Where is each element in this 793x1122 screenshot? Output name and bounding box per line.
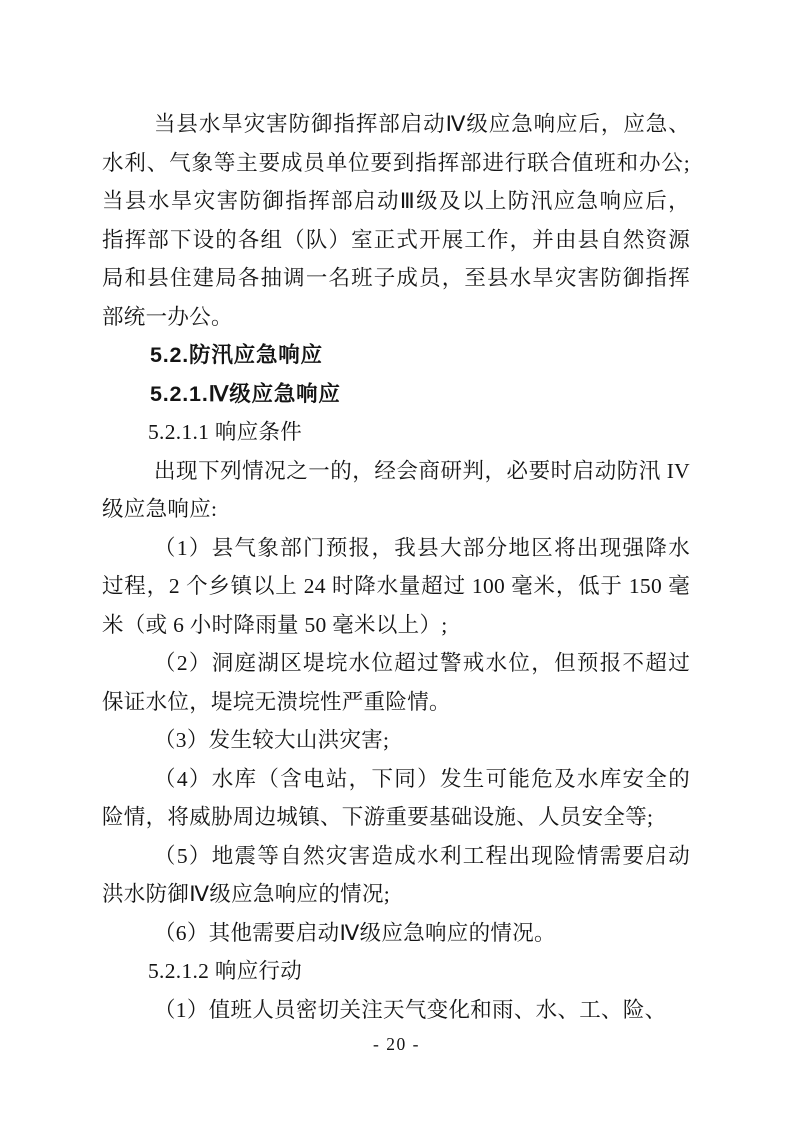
list-item-line: 过程，2 个乡镇以上 24 时降水量超过 100 毫米，低于 150 毫 bbox=[102, 567, 690, 606]
paragraph-line: 水利、气象等主要成员单位要到指挥部进行联合值班和办公; bbox=[102, 144, 690, 183]
list-item-line: （3）发生较大山洪灾害; bbox=[102, 721, 690, 760]
list-item-line: （2）洞庭湖区堤垸水位超过警戒水位，但预报不超过 bbox=[102, 644, 690, 683]
sub-section-heading: 5.2.1.2 响应行动 bbox=[102, 952, 690, 991]
list-item-line: 险情，将威胁周边城镇、下游重要基础设施、人员安全等; bbox=[102, 798, 690, 837]
section-heading: 5.2.防汛应急响应 bbox=[102, 336, 690, 375]
list-item-line: 米（或 6 小时降雨量 50 毫米以上）; bbox=[102, 606, 690, 645]
list-item-line: 洪水防御Ⅳ级应急响应的情况; bbox=[102, 875, 690, 914]
paragraph-line: 出现下列情况之一的，经会商研判，必要时启动防汛 IV bbox=[102, 452, 690, 491]
list-item-line: （1）值班人员密切关注天气变化和雨、水、工、险、 bbox=[102, 991, 690, 1030]
list-item-line: （4）水库（含电站，下同）发生可能危及水库安全的 bbox=[102, 760, 690, 799]
sub-section-heading: 5.2.1.1 响应条件 bbox=[102, 413, 690, 452]
list-item-line: 保证水位，堤垸无溃垸性严重险情。 bbox=[102, 683, 690, 722]
list-item-line: （6）其他需要启动Ⅳ级应急响应的情况。 bbox=[102, 914, 690, 953]
list-item-line: （1）县气象部门预报，我县大部分地区将出现强降水 bbox=[102, 529, 690, 568]
paragraph-line: 当县水旱灾害防御指挥部启动Ⅲ级及以上防汛应急响应后， bbox=[102, 182, 690, 221]
list-item-line: （5）地震等自然灾害造成水利工程出现险情需要启动 bbox=[102, 837, 690, 876]
paragraph-line: 当县水旱灾害防御指挥部启动Ⅳ级应急响应后，应急、 bbox=[102, 105, 690, 144]
document-body: 当县水旱灾害防御指挥部启动Ⅳ级应急响应后，应急、水利、气象等主要成员单位要到指挥… bbox=[102, 105, 690, 1029]
paragraph-line: 指挥部下设的各组（队）室正式开展工作，并由县自然资源 bbox=[102, 221, 690, 260]
section-heading: 5.2.1.Ⅳ级应急响应 bbox=[102, 375, 690, 414]
document-page: 当县水旱灾害防御指挥部启动Ⅳ级应急响应后，应急、水利、气象等主要成员单位要到指挥… bbox=[0, 0, 793, 1122]
paragraph-line: 局和县住建局各抽调一名班子成员，至县水旱灾害防御指挥 bbox=[102, 259, 690, 298]
paragraph-line: 级应急响应: bbox=[102, 490, 690, 529]
page-number: - 20 - bbox=[0, 1033, 793, 1055]
paragraph-line: 部统一办公。 bbox=[102, 298, 690, 337]
